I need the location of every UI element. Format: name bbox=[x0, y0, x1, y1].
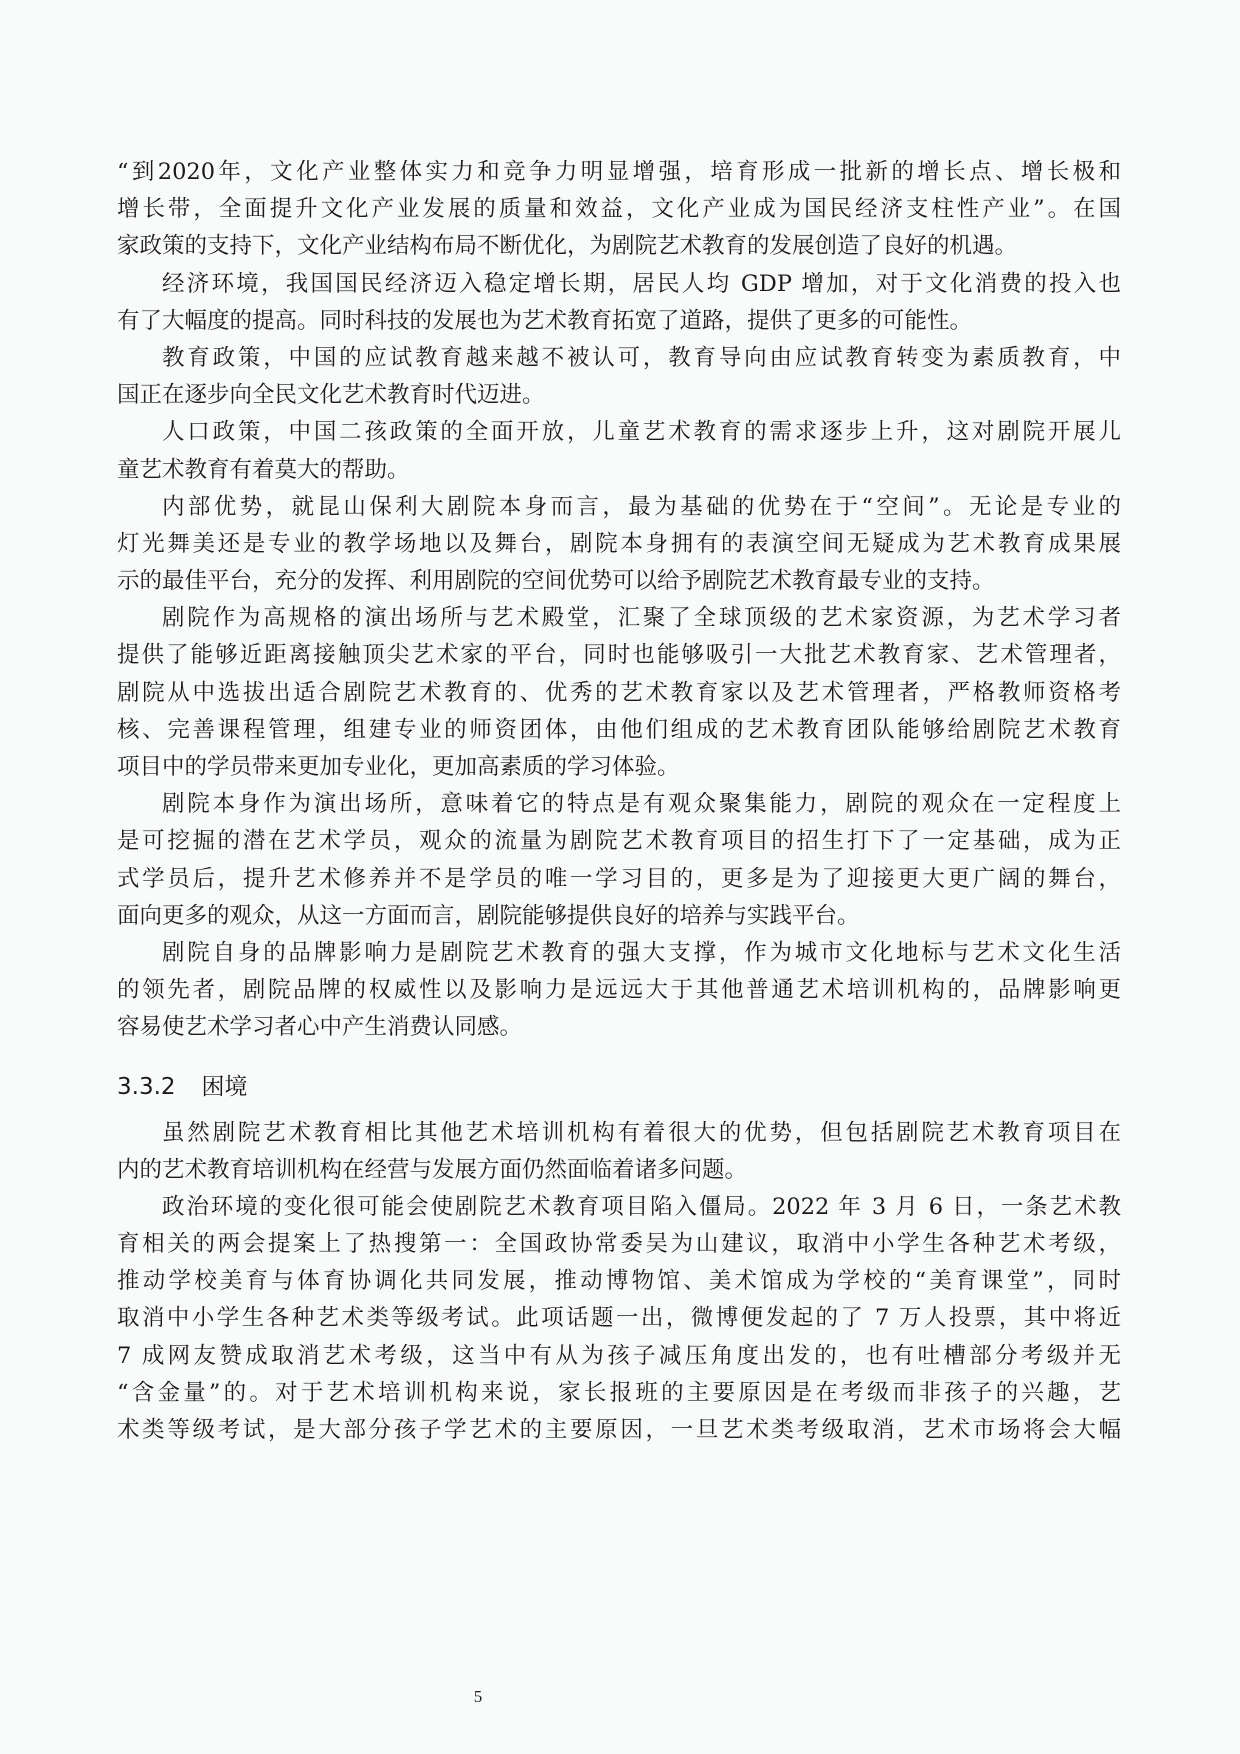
paragraph: 剧院作为高规格的演出场所与艺术殿堂，汇聚了全球顶级的艺术家资源，为艺术学习者 提… bbox=[117, 600, 1121, 786]
text-line: 7 成网友赞成取消艺术考级，这当中有从为孩子减压角度出发的，也有吐槽部分考级并无 bbox=[117, 1338, 1121, 1375]
paragraph: 剧院自身的品牌影响力是剧院艺术教育的强大支撑，作为城市文化地标与艺术文化生活 的… bbox=[117, 935, 1121, 1047]
paragraph: 剧院本身作为演出场所，意味着它的特点是有观众聚集能力，剧院的观众在一定程度上 是… bbox=[117, 786, 1121, 935]
text-line: 有了大幅度的提高。同时科技的发展也为艺术教育拓宽了道路，提供了更多的可能性。 bbox=[117, 303, 1121, 340]
text-line: 取消中小学生各种艺术类等级考试。此项话题一出，微博便发起的了 7 万人投票，其中… bbox=[117, 1300, 1121, 1337]
text-line: 灯光舞美还是专业的教学场地以及舞台，剧院本身拥有的表演空间无疑成为艺术教育成果展 bbox=[117, 526, 1121, 563]
text-line: 童艺术教育有着莫大的帮助。 bbox=[117, 452, 1121, 489]
text-line: 面向更多的观众，从这一方面而言，剧院能够提供良好的培养与实践平台。 bbox=[117, 898, 1121, 935]
text-line: 示的最佳平台，充分的发挥、利用剧院的空间优势可以给予剧院艺术教育最专业的支持。 bbox=[117, 563, 1121, 600]
text-line: 的领先者，剧院品牌的权威性以及影响力是远远大于其他普通艺术培训机构的，品牌影响更 bbox=[117, 972, 1121, 1009]
text-line: 教育政策，中国的应试教育越来越不被认可，教育导向由应试教育转变为素质教育，中 bbox=[117, 340, 1121, 377]
page-number: 5 bbox=[468, 1687, 488, 1707]
text-line: 家政策的支持下，文化产业结构布局不断优化，为剧院艺术教育的发展创造了良好的机遇。 bbox=[117, 228, 1121, 265]
text-line: 政治环境的变化很可能会使剧院艺术教育项目陷入僵局。2022 年 3 月 6 日，… bbox=[117, 1189, 1121, 1226]
text-line: 剧院作为高规格的演出场所与艺术殿堂，汇聚了全球顶级的艺术家资源，为艺术学习者 bbox=[117, 600, 1121, 637]
text-line: 式学员后，提升艺术修养并不是学员的唯一学习目的，更多是为了迎接更大更广阔的舞台， bbox=[117, 861, 1121, 898]
text-line: 育相关的两会提案上了热搜第一：全国政协常委吴为山建议，取消中小学生各种艺术考级， bbox=[117, 1226, 1121, 1263]
text-line: “到2020年，文化产业整体实力和竞争力明显增强，培育形成一批新的增长点、增长极… bbox=[117, 154, 1121, 191]
text-line: 内部优势，就昆山保利大剧院本身而言，最为基础的优势在于“空间”。无论是专业的 bbox=[117, 489, 1121, 526]
text-line: 增长带，全面提升文化产业发展的质量和效益，文化产业成为国民经济支柱性产业”。在国 bbox=[117, 191, 1121, 228]
text-line: 内的艺术教育培训机构在经营与发展方面仍然面临着诸多问题。 bbox=[117, 1152, 1121, 1189]
text-line: 经济环境，我国国民经济迈入稳定增长期，居民人均 GDP 增加，对于文化消费的投入… bbox=[117, 266, 1121, 303]
section-number: 3.3.2 bbox=[117, 1074, 176, 1100]
text-line: 推动学校美育与体育协调化共同发展，推动博物馆、美术馆成为学校的“美育课堂”，同时 bbox=[117, 1263, 1121, 1300]
text-line: 项目中的学员带来更加专业化，更加高素质的学习体验。 bbox=[117, 749, 1121, 786]
paragraph: 内部优势，就昆山保利大剧院本身而言，最为基础的优势在于“空间”。无论是专业的 灯… bbox=[117, 489, 1121, 601]
text-line: 核、完善课程管理，组建专业的师资团体，由他们组成的艺术教育团队能够给剧院艺术教育 bbox=[117, 712, 1121, 749]
paragraph: 政治环境的变化很可能会使剧院艺术教育项目陷入僵局。2022 年 3 月 6 日，… bbox=[117, 1189, 1121, 1449]
text-line: 术类等级考试，是大部分孩子学艺术的主要原因，一旦艺术类考级取消，艺术市场将会大幅 bbox=[117, 1412, 1121, 1449]
paragraph: 虽然剧院艺术教育相比其他艺术培训机构有着很大的优势，但包括剧院艺术教育项目在 内… bbox=[117, 1115, 1121, 1189]
paragraph: 经济环境，我国国民经济迈入稳定增长期，居民人均 GDP 增加，对于文化消费的投入… bbox=[117, 266, 1121, 340]
section-heading: 3.3.2困境 bbox=[117, 1067, 1121, 1107]
text-line: 提供了能够近距离接触顶尖艺术家的平台，同时也能够吸引一大批艺术教育家、艺术管理者… bbox=[117, 637, 1121, 674]
text-line: 剧院自身的品牌影响力是剧院艺术教育的强大支撑，作为城市文化地标与艺术文化生活 bbox=[117, 935, 1121, 972]
text-line: 容易使艺术学习者心中产生消费认同感。 bbox=[117, 1009, 1121, 1046]
text-line: 剧院从中选拔出适合剧院艺术教育的、优秀的艺术教育家以及艺术管理者，严格教师资格考 bbox=[117, 675, 1121, 712]
paragraph: “到2020年，文化产业整体实力和竞争力明显增强，培育形成一批新的增长点、增长极… bbox=[117, 154, 1121, 266]
text-line: 是可挖掘的潜在艺术学员，观众的流量为剧院艺术教育项目的招生打下了一定基础，成为正 bbox=[117, 823, 1121, 860]
paragraph: 人口政策，中国二孩政策的全面开放，儿童艺术教育的需求逐步上升，这对剧院开展儿 童… bbox=[117, 414, 1121, 488]
paragraph: 教育政策，中国的应试教育越来越不被认可，教育导向由应试教育转变为素质教育，中 国… bbox=[117, 340, 1121, 414]
text-line: 剧院本身作为演出场所，意味着它的特点是有观众聚集能力，剧院的观众在一定程度上 bbox=[117, 786, 1121, 823]
text-line: “含金量”的。对于艺术培训机构来说，家长报班的主要原因是在考级而非孩子的兴趣，艺 bbox=[117, 1375, 1121, 1412]
text-line: 人口政策，中国二孩政策的全面开放，儿童艺术教育的需求逐步上升，这对剧院开展儿 bbox=[117, 414, 1121, 451]
body-text-before: “到2020年，文化产业整体实力和竞争力明显增强，培育形成一批新的增长点、增长极… bbox=[117, 154, 1121, 1047]
document-page: “到2020年，文化产业整体实力和竞争力明显增强，培育形成一批新的增长点、增长极… bbox=[117, 154, 1121, 1449]
body-text-after: 虽然剧院艺术教育相比其他艺术培训机构有着很大的优势，但包括剧院艺术教育项目在 内… bbox=[117, 1115, 1121, 1450]
text-line: 国正在逐步向全民文化艺术教育时代迈进。 bbox=[117, 377, 1121, 414]
section-title: 困境 bbox=[202, 1074, 248, 1100]
text-line: 虽然剧院艺术教育相比其他艺术培训机构有着很大的优势，但包括剧院艺术教育项目在 bbox=[117, 1115, 1121, 1152]
